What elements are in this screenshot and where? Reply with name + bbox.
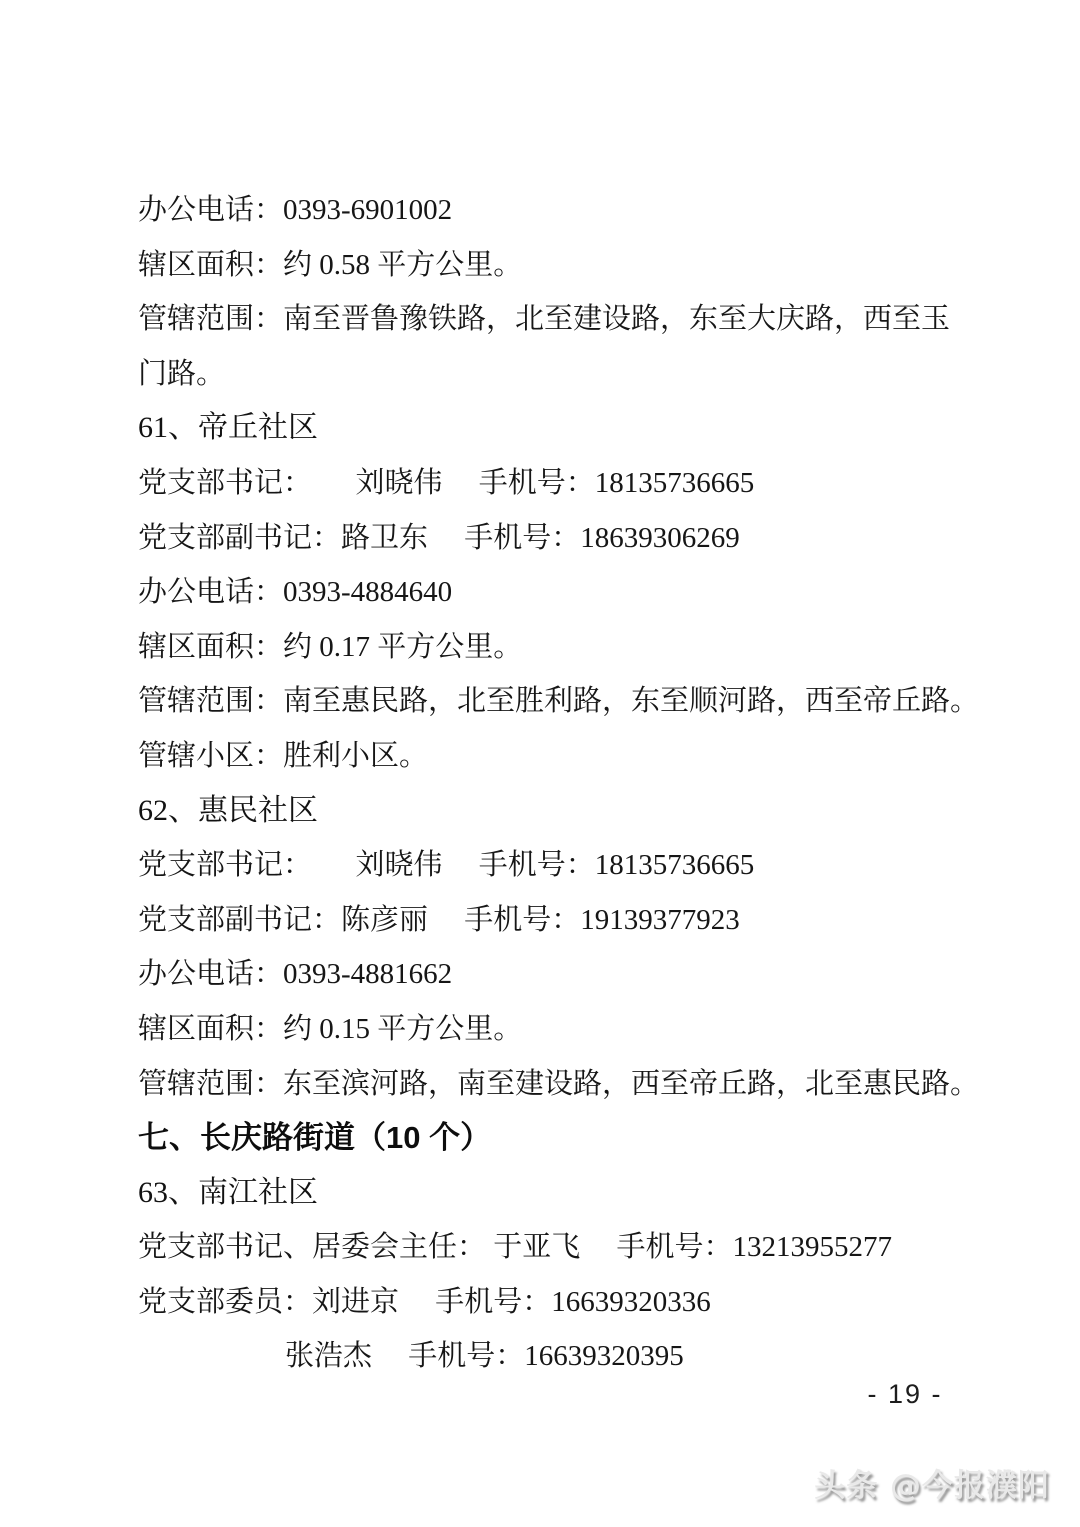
doc-line: 62、惠民社区: [138, 784, 998, 839]
doc-line: 辖区面积：约 0.58 平方公里。: [138, 238, 998, 293]
document-page: 办公电话：0393-6901002辖区面积：约 0.58 平方公里。管辖范围：南…: [0, 0, 1080, 1527]
doc-line: 门路。: [138, 347, 998, 402]
doc-line: 管辖范围：南至晋鲁豫铁路，北至建设路，东至大庆路，西至玉: [138, 292, 998, 347]
doc-line: 管辖范围：东至滨河路，南至建设路，西至帝丘路，北至惠民路。: [138, 1057, 998, 1112]
doc-line: 63、南江社区: [138, 1166, 998, 1221]
doc-line: 办公电话：0393-6901002: [138, 183, 998, 238]
doc-line: 党支部副书记：陈彦丽 手机号：19139377923: [138, 893, 998, 948]
doc-line: 七、长庆路街道（10 个）: [138, 1111, 998, 1166]
doc-line: 党支部书记： 刘晓伟 手机号：18135736665: [138, 456, 998, 511]
doc-line: 管辖范围：南至惠民路，北至胜利路，东至顺河路，西至帝丘路。: [138, 674, 998, 729]
watermark: 头条 @今报濮阳: [814, 1460, 1050, 1505]
doc-line: 党支部委员：刘进京 手机号：16639320336: [138, 1275, 998, 1330]
doc-line: 党支部副书记：路卫东 手机号：18639306269: [138, 511, 998, 566]
doc-line: 党支部书记、居委会主任： 于亚飞 手机号：13213955277: [138, 1220, 998, 1275]
doc-line: 党支部书记： 刘晓伟 手机号：18135736665: [138, 838, 998, 893]
page-number: - 19 -: [820, 1374, 990, 1414]
document-body: 办公电话：0393-6901002辖区面积：约 0.58 平方公里。管辖范围：南…: [138, 183, 998, 1384]
doc-line: 辖区面积：约 0.17 平方公里。: [138, 620, 998, 675]
doc-line: 办公电话：0393-4881662: [138, 947, 998, 1002]
doc-line: 办公电话：0393-4884640: [138, 565, 998, 620]
doc-line: 辖区面积：约 0.15 平方公里。: [138, 1002, 998, 1057]
doc-line: 管辖小区：胜利小区。: [138, 729, 998, 784]
doc-line: 61、帝丘社区: [138, 401, 998, 456]
